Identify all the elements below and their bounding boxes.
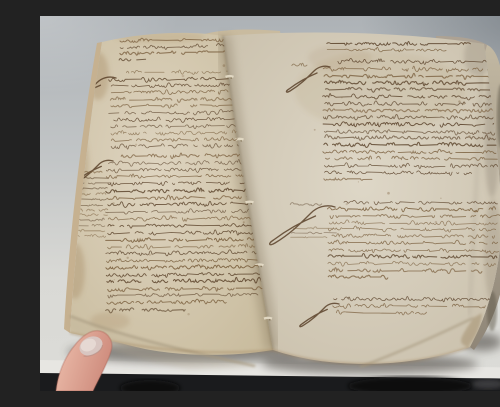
- sewing-hole: [269, 320, 271, 321]
- sewing-thread: [246, 202, 254, 203]
- foxing-speck: [127, 257, 129, 259]
- foxing-speck: [182, 75, 185, 78]
- foxing-speck: [112, 202, 114, 204]
- right-folio-mark-line: [476, 34, 485, 35]
- foxing-speck: [342, 242, 344, 244]
- sewing-thread: [226, 76, 234, 77]
- foxing-speck: [223, 64, 226, 67]
- foxing-speck: [371, 298, 373, 300]
- foxing-speck: [341, 97, 342, 98]
- manuscript-photo: Photograph of an open antique manuscript…: [40, 16, 500, 391]
- foxing-speck: [135, 144, 137, 146]
- foxing-speck: [314, 129, 316, 131]
- sewing-hole: [231, 78, 233, 79]
- sewing-hole: [261, 266, 263, 267]
- foxing-speck: [194, 191, 196, 193]
- foxing-speck: [149, 254, 151, 256]
- foxing-speck: [346, 203, 348, 205]
- foxing-speck: [474, 210, 477, 213]
- foxing-speck: [387, 192, 390, 195]
- foxing-speck: [358, 181, 359, 182]
- sewing-hole: [251, 203, 253, 204]
- sewing-hole: [241, 141, 243, 142]
- foxing-speck: [458, 100, 460, 102]
- foxing-speck: [114, 279, 115, 280]
- sewing-thread: [264, 318, 272, 319]
- foxing-speck: [243, 221, 245, 223]
- foxing-speck: [201, 264, 203, 266]
- foxing-speck: [463, 103, 465, 105]
- book-scene-svg: [40, 16, 500, 391]
- foxing-speck: [200, 175, 202, 177]
- foxing-speck: [440, 197, 442, 199]
- foxing-speck: [402, 164, 404, 166]
- foxing-speck: [468, 135, 471, 138]
- foxing-speck: [435, 221, 438, 224]
- foxing-speck: [187, 313, 189, 315]
